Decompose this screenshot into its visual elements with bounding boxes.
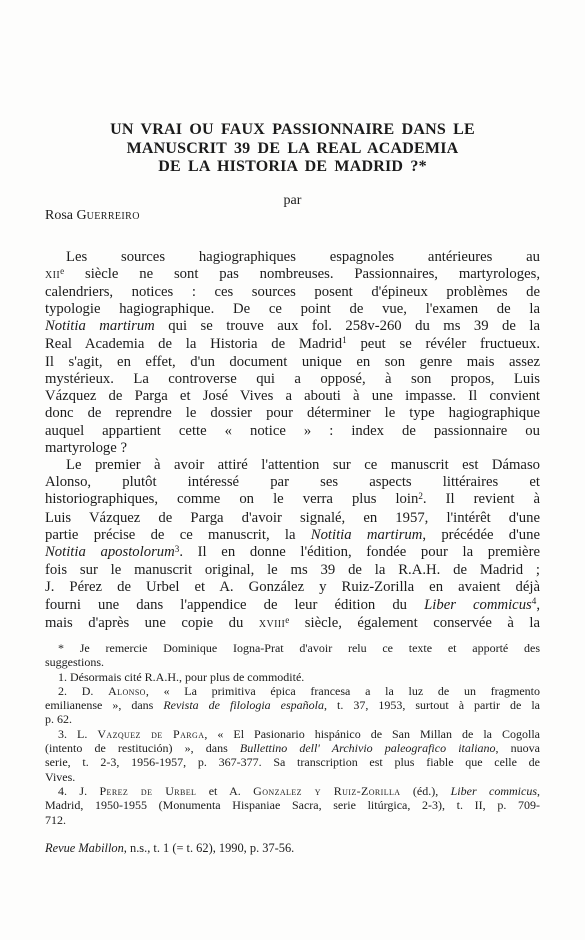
text-line: donc de reprendre le dossier pour déterm… — [45, 405, 540, 422]
text-segment: J. Pérez de Urbel et A. González y Ruiz-… — [45, 579, 540, 595]
text-line: Real Academia de la Historia de Madrid1 … — [45, 336, 540, 354]
text-segment: serie, t. 2-3, 1956-1957, p. 367-377. Sa… — [45, 755, 540, 769]
text-segment: , « La primitiva épica francesa a la luz… — [146, 684, 540, 698]
text-segment: . Il en donne l'édition, fondée pour la … — [179, 544, 540, 560]
text-segment: fourni une dans l'appendice de leur édit… — [45, 597, 424, 613]
text-segment: p. 62. — [45, 712, 72, 726]
text-segment: peut se révéler fructueux. — [347, 336, 540, 352]
text-segment: Revista de filologia española — [163, 698, 324, 712]
text-segment: , — [536, 597, 540, 613]
text-segment: Vazquez de Parga — [97, 727, 204, 741]
text-line: (intento de restitución) », dans Bullett… — [45, 741, 540, 755]
text-segment: , t. 37, 1953, surtout à partir de la — [324, 698, 540, 712]
text-line: 3. L. Vazquez de Parga, « El Pasionario … — [45, 727, 540, 741]
article-title-line-1: UN VRAI OU FAUX PASSIONNAIRE DANS LE — [45, 121, 540, 140]
text-line: Notitia martirum qui se trouve aux fol. … — [45, 318, 540, 335]
text-line: suggestions. — [45, 655, 540, 669]
text-line: Vázquez de Parga et José Vives a abouti … — [45, 388, 540, 405]
text-segment: Perez de Urbel — [99, 784, 196, 798]
text-segment: xviii — [259, 615, 285, 631]
text-segment: donc de reprendre le dossier pour déterm… — [45, 405, 540, 421]
text-line: mais d'après une copie du xviiie siècle,… — [45, 615, 540, 633]
text-line: Il s'agit, en effet, d'un document uniqu… — [45, 354, 540, 371]
text-segment: suggestions. — [45, 655, 104, 669]
article-title: UN VRAI OU FAUX PASSIONNAIRE DANS LE MAN… — [45, 121, 540, 177]
text-segment: e — [60, 266, 64, 276]
text-segment: Revue Mabillon — [45, 841, 124, 855]
text-segment: . Il revient à — [423, 491, 540, 507]
text-line: p. 62. — [45, 712, 540, 726]
journal-citation: Revue Mabillon, n.s., t. 1 (= t. 62), 19… — [45, 841, 540, 855]
scanned-document-page: UN VRAI OU FAUX PASSIONNAIRE DANS LE MAN… — [0, 0, 585, 940]
text-segment: , n.s., t. 1 (= t. 62), 1990, p. 37-56. — [124, 841, 294, 855]
text-line: partie précise de ce manuscrit, la Notit… — [45, 527, 540, 544]
text-segment: 712. — [45, 813, 66, 827]
footnote-star: * Je remercie Dominique Iogna-Prat d'avo… — [45, 641, 540, 670]
text-line: martyrologe ? — [45, 440, 540, 457]
text-segment: xii — [45, 266, 60, 282]
text-segment: siècle, également conservée à la — [289, 615, 540, 631]
text-segment: fois sur le manuscrit original, le ms 39… — [45, 562, 540, 578]
text-segment: Alonso — [108, 684, 146, 698]
footnote-3: 3. L. Vazquez de Parga, « El Pasionario … — [45, 727, 540, 784]
text-segment: Gonzalez y Ruiz-Zorilla — [253, 784, 400, 798]
text-segment: , nuova — [496, 741, 540, 755]
text-segment: 4 — [532, 596, 537, 606]
text-line: Luis Vázquez de Parga d'avoir signalé, e… — [45, 510, 540, 527]
text-segment: , — [537, 784, 540, 798]
footnote-1: 1. Désormais cité R.A.H., pour plus de c… — [45, 670, 540, 684]
article-body: Les sources hagiographiques espagnoles a… — [45, 249, 540, 633]
text-segment: 2 — [418, 491, 423, 501]
text-segment: partie précise de ce manuscrit, la — [45, 527, 311, 543]
text-line: 2. D. Alonso, « La primitiva épica franc… — [45, 684, 540, 698]
text-segment: Liber commicus — [451, 784, 537, 798]
text-segment: Luis Vázquez de Parga d'avoir signalé, e… — [45, 510, 540, 526]
text-line: fois sur le manuscrit original, le ms 39… — [45, 562, 540, 579]
text-line: Madrid, 1950-1955 (Monumenta Hispaniae S… — [45, 798, 540, 812]
text-segment: mais d'après une copie du — [45, 615, 259, 631]
text-segment: Notitia martirum — [311, 527, 423, 543]
text-line: historiographiques, comme on le verra pl… — [45, 491, 540, 509]
text-segment: , précédée d'une — [422, 527, 540, 543]
text-line: Les sources hagiographiques espagnoles a… — [45, 249, 540, 266]
text-line: emilianense », dans Revista de filologia… — [45, 698, 540, 712]
text-line: 4. J. Perez de Urbel et A. Gonzalez y Ru… — [45, 784, 540, 798]
text-line: Notitia apostolorum3. Il en donne l'édit… — [45, 544, 540, 562]
text-line: J. Pérez de Urbel et A. González y Ruiz-… — [45, 579, 540, 596]
text-line: Vives. — [45, 770, 540, 784]
text-segment: Alonso, plutôt intéressé par ses aspects… — [45, 474, 540, 490]
text-line: 1. Désormais cité R.A.H., pour plus de c… — [45, 670, 540, 684]
text-segment: (éd.), — [400, 784, 450, 798]
text-line: serie, t. 2-3, 1956-1957, p. 367-377. Sa… — [45, 755, 540, 769]
footnote-4: 4. J. Perez de Urbel et A. Gonzalez y Ru… — [45, 784, 540, 827]
text-segment: 3. L. — [58, 727, 97, 741]
text-segment: Real Academia de la Historia de Madrid — [45, 336, 342, 352]
text-segment: (intento de restitución) », dans — [45, 741, 240, 755]
author-name: Rosa Guerreiro — [45, 208, 540, 224]
text-line: xiie siècle ne sont pas nombreuses. Pass… — [45, 266, 540, 284]
text-line: Rosa Guerreiro — [45, 208, 540, 224]
text-segment: Rosa G — [45, 208, 87, 223]
text-segment: qui se trouve aux fol. 258v-260 du ms 39… — [155, 318, 540, 334]
text-segment: emilianense », dans — [45, 698, 163, 712]
paragraph-2: Le premier à avoir attiré l'attention su… — [45, 457, 540, 633]
text-segment: siècle ne sont pas nombreuses. Passionna… — [64, 266, 540, 282]
text-line: typologie hagiographique. De ce point de… — [45, 301, 540, 318]
byline-par: par — [45, 193, 540, 209]
text-segment: et A. — [196, 784, 253, 798]
text-line: fourni une dans l'appendice de leur édit… — [45, 597, 540, 615]
text-segment: historiographiques, comme on le verra pl… — [45, 491, 418, 507]
text-segment: 4. J. — [58, 784, 99, 798]
text-line: Le premier à avoir attiré l'attention su… — [45, 457, 540, 474]
text-segment: mystérieux. La controverse qui a opposé,… — [45, 371, 540, 387]
article-title-line-2: MANUSCRIT 39 DE LA REAL ACADEMIA — [45, 140, 540, 159]
text-segment: Liber commicus — [424, 597, 532, 613]
text-segment: uerreiro — [87, 208, 140, 223]
text-line: * Je remercie Dominique Iogna-Prat d'avo… — [45, 641, 540, 655]
text-segment: e — [285, 615, 289, 625]
text-segment: Le premier à avoir attiré l'attention su… — [66, 457, 540, 473]
text-segment: 1. Désormais cité R.A.H., pour plus de c… — [58, 670, 304, 684]
footnotes: * Je remercie Dominique Iogna-Prat d'avo… — [45, 641, 540, 827]
article-title-line-3: DE LA HISTORIA DE MADRID ?* — [45, 158, 540, 177]
footnote-2: 2. D. Alonso, « La primitiva épica franc… — [45, 684, 540, 727]
text-line: calendriers, notices : ces sources posen… — [45, 284, 540, 301]
text-line: auquel appartient cette « notice » : ind… — [45, 423, 540, 440]
text-segment: Il s'agit, en effet, d'un document uniqu… — [45, 354, 540, 370]
text-segment: typologie hagiographique. De ce point de… — [45, 301, 540, 317]
text-line: mystérieux. La controverse qui a opposé,… — [45, 371, 540, 388]
text-segment: Vázquez de Parga et José Vives a abouti … — [45, 388, 540, 404]
text-line: Revue Mabillon, n.s., t. 1 (= t. 62), 19… — [45, 841, 540, 855]
text-segment: 1 — [342, 335, 347, 345]
paragraph-1: Les sources hagiographiques espagnoles a… — [45, 249, 540, 457]
text-segment: Notitia martirum — [45, 318, 155, 334]
text-line: Alonso, plutôt intéressé par ses aspects… — [45, 474, 540, 491]
text-segment: auquel appartient cette « notice » : ind… — [45, 423, 540, 439]
text-segment: Notitia apostolorum — [45, 544, 175, 560]
text-segment: Les sources hagiographiques espagnoles a… — [66, 249, 540, 265]
text-segment: calendriers, notices : ces sources posen… — [45, 284, 540, 300]
text-segment: , « El Pasionario hispánico de San Milla… — [204, 727, 540, 741]
text-segment: Vives. — [45, 770, 75, 784]
text-segment: Madrid, 1950-1955 (Monumenta Hispaniae S… — [45, 798, 540, 812]
text-segment: martyrologe ? — [45, 440, 127, 456]
text-segment: 2. D. — [58, 684, 108, 698]
text-segment: Bullettino dell' Archivio paleografico i… — [240, 741, 496, 755]
byline: par Rosa Guerreiro — [45, 193, 540, 224]
text-segment: 3 — [175, 544, 180, 554]
text-segment: * Je remercie Dominique Iogna-Prat d'avo… — [58, 641, 540, 655]
text-line: 712. — [45, 813, 540, 827]
